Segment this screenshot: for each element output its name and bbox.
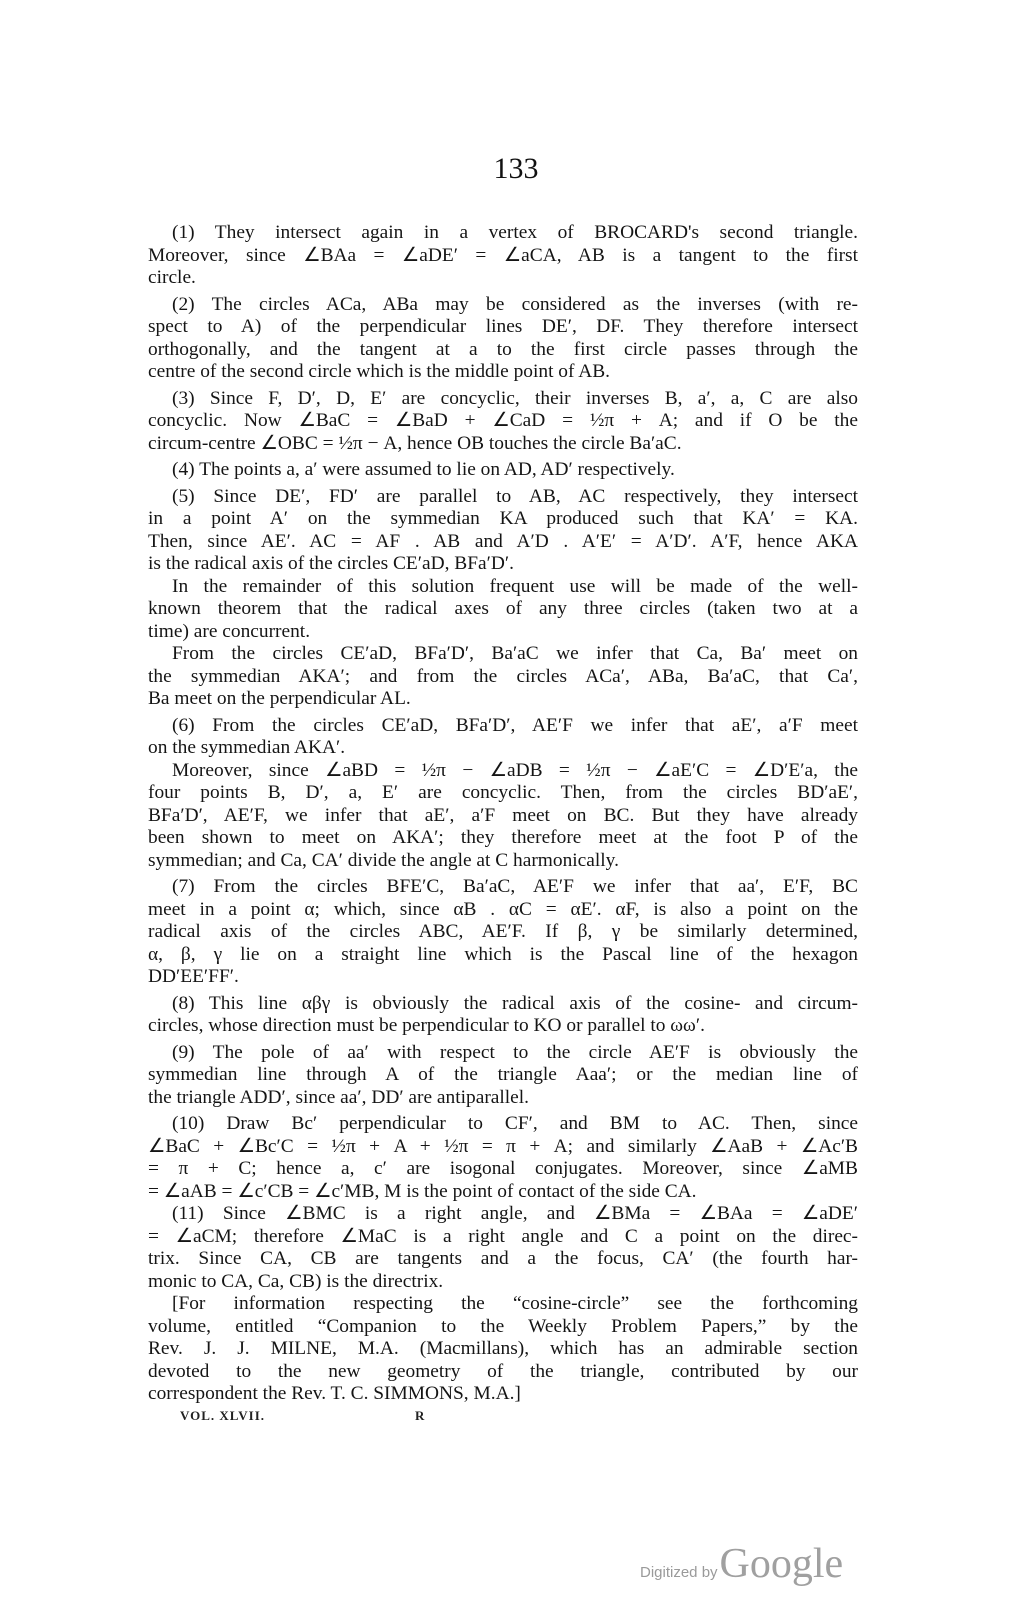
paragraph-6-moreover: Moreover, since ∠aBD = ½π − ∠aDB = ½π − … bbox=[148, 760, 858, 873]
text-line: radical axis of the circles ABC, AE′F. I… bbox=[148, 921, 858, 944]
text-line: symmedian line through A of the triangle… bbox=[148, 1064, 858, 1087]
text-line: (2) The circles ACa, ABa may be consider… bbox=[148, 294, 858, 317]
paragraph-10: (10) Draw Bc′ perpendicular to CF′, and … bbox=[148, 1113, 858, 1203]
text-line: = π + C; hence a, c′ are isogonal conjug… bbox=[148, 1158, 858, 1181]
text-line: circle. bbox=[148, 267, 858, 290]
text-line: the triangle ADD′, since aa′, DD′ are an… bbox=[148, 1087, 858, 1110]
paragraph-4: (4) The points a, a′ were assumed to lie… bbox=[148, 459, 858, 482]
google-logo: Google bbox=[720, 1540, 844, 1588]
text-line: = ∠aAB = ∠c′CB = ∠c′MB, M is the point o… bbox=[148, 1181, 858, 1204]
text-line: on the symmedian AKA′. bbox=[148, 737, 858, 760]
paragraph-8: (8) This line αβγ is obviously the radic… bbox=[148, 993, 858, 1038]
body-text: (1) They intersect again in a vertex of … bbox=[148, 222, 858, 1410]
digitized-by-google-watermark: Digitized by Google bbox=[640, 1540, 843, 1588]
text-line: α, β, γ lie on a straight line which is … bbox=[148, 944, 858, 967]
text-line: is the radical axis of the circles CE′aD… bbox=[148, 553, 858, 576]
text-line: (1) They intersect again in a vertex of … bbox=[148, 222, 858, 245]
text-line: four points B, D′, a, E′ are concyclic. … bbox=[148, 782, 858, 805]
watermark-prefix: Digitized by bbox=[640, 1564, 718, 1581]
text-line: (10) Draw Bc′ perpendicular to CF′, and … bbox=[148, 1113, 858, 1136]
text-line: orthogonally, and the tangent at a to th… bbox=[148, 339, 858, 362]
paragraph-6: (6) From the circles CE′aD, BFa′D′, AE′F… bbox=[148, 715, 858, 760]
text-line: the symmedian AKA′; and from the circles… bbox=[148, 666, 858, 689]
text-line: (5) Since DE′, FD′ are parallel to AB, A… bbox=[148, 486, 858, 509]
text-line: (7) From the circles BFE′C, Ba′aC, AE′F … bbox=[148, 876, 858, 899]
text-line: known theorem that the radical axes of a… bbox=[148, 598, 858, 621]
text-line: centre of the second circle which is the… bbox=[148, 361, 858, 384]
text-line: spect to A) of the perpendicular lines D… bbox=[148, 316, 858, 339]
paragraph-5: (5) Since DE′, FD′ are parallel to AB, A… bbox=[148, 486, 858, 576]
text-line: monic to CA, Ca, CB) is the directrix. bbox=[148, 1271, 858, 1294]
text-line: circles, whose direction must be perpend… bbox=[148, 1015, 858, 1038]
text-line: Then, since AE′. AC = AF . AB and A′D . … bbox=[148, 531, 858, 554]
text-line: meet in a point α; which, since αB . αC … bbox=[148, 899, 858, 922]
text-line: DD′EE′FF′. bbox=[148, 966, 858, 989]
paragraph-5-circles: From the circles CE′aD, BFa′D′, Ba′aC we… bbox=[148, 643, 858, 711]
volume-signature: VOL. XLVII. bbox=[180, 1408, 265, 1424]
text-line: volume, entitled “Companion to the Weekl… bbox=[148, 1316, 858, 1339]
text-line: Moreover, since ∠BAa = ∠aDE′ = ∠aCA, AB … bbox=[148, 245, 858, 268]
text-line: [For information respecting the “cosine-… bbox=[148, 1293, 858, 1316]
text-line: (9) The pole of aa′ with respect to the … bbox=[148, 1042, 858, 1065]
text-line: (3) Since F, D′, D, E′ are concyclic, th… bbox=[148, 388, 858, 411]
text-line: Moreover, since ∠aBD = ½π − ∠aDB = ½π − … bbox=[148, 760, 858, 783]
paragraph-7: (7) From the circles BFE′C, Ba′aC, AE′F … bbox=[148, 876, 858, 989]
text-line: symmedian; and Ca, CA′ divide the angle … bbox=[148, 850, 858, 873]
text-line: ∠BaC + ∠Bc′C = ½π + A + ½π = π + A; and … bbox=[148, 1136, 858, 1159]
text-line: Ba meet on the perpendicular AL. bbox=[148, 688, 858, 711]
text-line: Rev. J. J. MILNE, M.A. (Macmillans), whi… bbox=[148, 1338, 858, 1361]
text-line: in a point A′ on the symmedian KA produc… bbox=[148, 508, 858, 531]
text-line: been shown to meet on AKA′; they therefo… bbox=[148, 827, 858, 850]
text-line: (4) The points a, a′ were assumed to lie… bbox=[148, 459, 858, 482]
text-line: concyclic. Now ∠BaC = ∠BaD + ∠CaD = ½π +… bbox=[148, 410, 858, 433]
paragraph-9: (9) The pole of aa′ with respect to the … bbox=[148, 1042, 858, 1110]
text-line: (6) From the circles CE′aD, BFa′D′, AE′F… bbox=[148, 715, 858, 738]
text-line: time) are concurrent. bbox=[148, 621, 858, 644]
editorial-note: [For information respecting the “cosine-… bbox=[148, 1293, 858, 1406]
text-line: circum-centre ∠OBC = ½π − A, hence OB to… bbox=[148, 433, 858, 456]
text-line: trix. Since CA, CB are tangents and a th… bbox=[148, 1248, 858, 1271]
text-line: (8) This line αβγ is obviously the radic… bbox=[148, 993, 858, 1016]
paragraph-3: (3) Since F, D′, D, E′ are concyclic, th… bbox=[148, 388, 858, 456]
text-line: BFa′D′, AE′F, we infer that aE′, a′F mee… bbox=[148, 805, 858, 828]
text-line: From the circles CE′aD, BFa′D′, Ba′aC we… bbox=[148, 643, 858, 666]
text-line: In the remainder of this solution freque… bbox=[148, 576, 858, 599]
text-line: devoted to the new geometry of the trian… bbox=[148, 1361, 858, 1384]
paragraph-5-remainder: In the remainder of this solution freque… bbox=[148, 576, 858, 644]
paragraph-2: (2) The circles ACa, ABa may be consider… bbox=[148, 294, 858, 384]
text-line: = ∠aCM; therefore ∠MaC is a right angle … bbox=[148, 1226, 858, 1249]
text-line: correspondent the Rev. T. C. SIMMONS, M.… bbox=[148, 1383, 858, 1406]
signature-mark: R bbox=[415, 1408, 424, 1424]
paragraph-1: (1) They intersect again in a vertex of … bbox=[148, 222, 858, 290]
page-number: 133 bbox=[0, 152, 1032, 186]
text-line: (11) Since ∠BMC is a right angle, and ∠B… bbox=[148, 1203, 858, 1226]
paragraph-11: (11) Since ∠BMC is a right angle, and ∠B… bbox=[148, 1203, 858, 1293]
